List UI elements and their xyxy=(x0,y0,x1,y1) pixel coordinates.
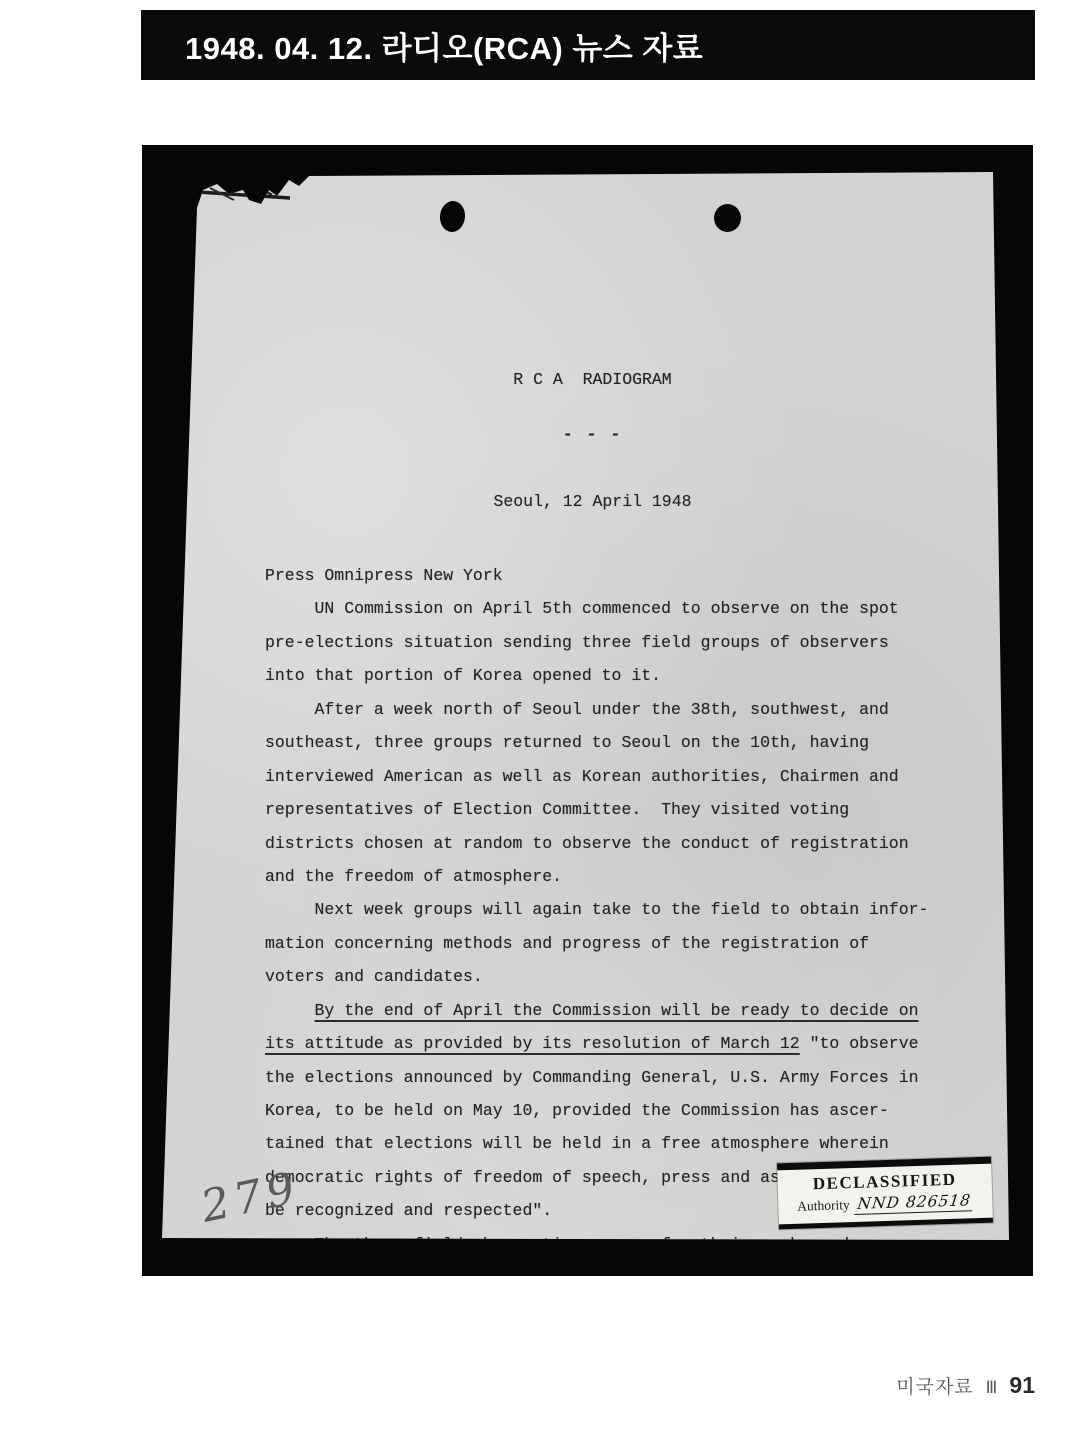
document-line: special trains, and airplanes provided b… xyxy=(265,1261,920,1294)
punch-hole-right xyxy=(714,204,741,232)
document-line: Korea, to be held on May 10, provided th… xyxy=(265,1094,920,1127)
document-line: its attitude as provided by its resoluti… xyxy=(265,1027,920,1060)
document-line: By the end of April the Commission will … xyxy=(265,994,920,1027)
document-line: Next week groups will again take to the … xyxy=(265,893,920,926)
document-line: voters and candidates. xyxy=(265,960,920,993)
banner-title: 1948. 04. 12. 라디오(RCA) 뉴스 자료 xyxy=(141,23,703,68)
document-line: to reach the furthest points, including … xyxy=(265,1295,920,1328)
document-line: and the freedom of atmosphere. xyxy=(265,860,920,893)
document-line: into that portion of Korea opened to it. xyxy=(265,659,920,692)
document-line: pre-elections situation sending three fi… xyxy=(265,626,920,659)
radiogram-title-dashes: - - - xyxy=(265,428,920,449)
punch-hole-left xyxy=(438,200,466,233)
footer-source-label: 미국자료 xyxy=(896,1372,973,1399)
document-page: R C A RADIOGRAM - - - Seoul, 12 April 19… xyxy=(157,170,1017,1245)
document-line: representatives of Election Committee. T… xyxy=(265,793,920,826)
document-line: After a week north of Seoul under the 38… xyxy=(265,693,920,726)
footer-page-number: 91 xyxy=(1009,1372,1035,1399)
document-line: UN Commission on April 5th commenced to … xyxy=(265,592,920,625)
radiogram-title: R C A RADIOGRAM xyxy=(265,370,920,390)
document-line: tained that elections will be held in a … xyxy=(265,1127,920,1160)
staple-icon xyxy=(192,176,307,208)
document-line: mation concerning methods and progress o… xyxy=(265,927,920,960)
document-line: interviewed American as well as Korean a… xyxy=(265,760,920,793)
header-banner: 1948. 04. 12. 라디오(RCA) 뉴스 자료 xyxy=(141,10,1035,80)
document-line: the elections announced by Commanding Ge… xyxy=(265,1061,920,1094)
document-line: southeast, three groups returned to Seou… xyxy=(265,726,920,759)
document-line: districts chosen at random to observe th… xyxy=(265,827,920,860)
radiogram-dateline: Seoul, 12 April 1948 xyxy=(265,487,920,521)
document-line: The three field observation groups for t… xyxy=(265,1228,920,1261)
stamp-authority-label: Authority xyxy=(797,1197,850,1215)
declassified-stamp: DECLASSIFIED Authority NND 826518 xyxy=(777,1157,993,1230)
document-photo: R C A RADIOGRAM - - - Seoul, 12 April 19… xyxy=(142,145,1033,1276)
page-footer: 미국자료 Ⅲ 91 xyxy=(896,1372,1035,1399)
footer-volume-numeral: Ⅲ xyxy=(986,1378,998,1398)
document-line: Press Omnipress New York xyxy=(265,559,920,592)
stamp-authority-value: NND 826518 xyxy=(855,1191,975,1215)
